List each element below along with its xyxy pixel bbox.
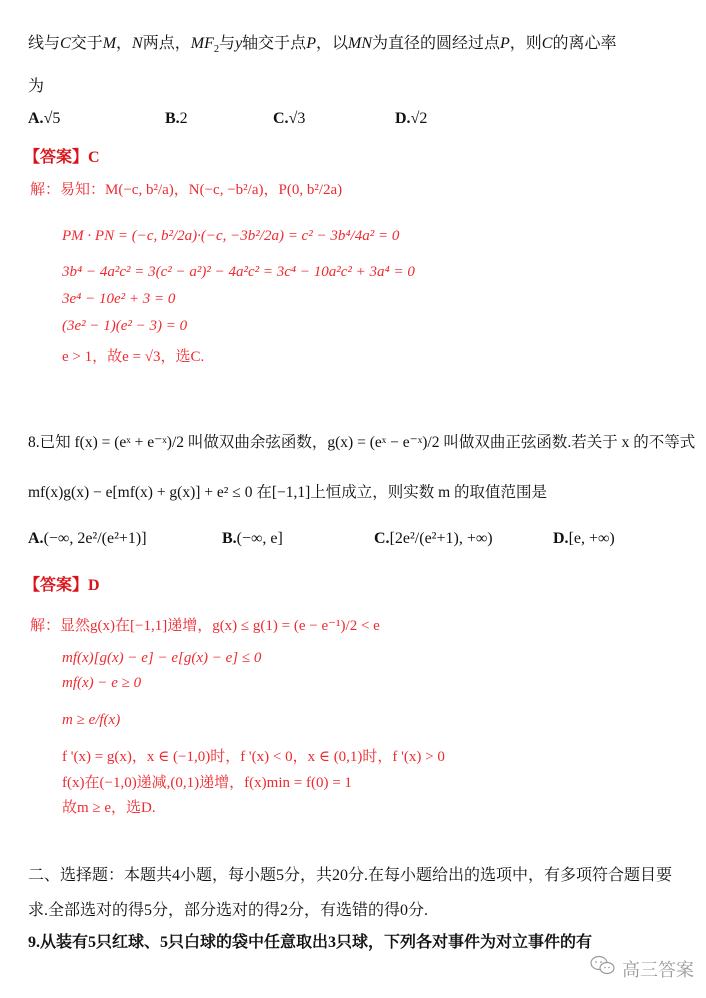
q8-solution-line-3: mf(x) − e ≥ 0 — [62, 675, 141, 692]
q7-option-a: A.√5 — [28, 110, 60, 128]
q7-option-b: B.2 — [165, 110, 188, 128]
wechat-icon — [590, 955, 616, 982]
q7-solution-line-2: PM · PN = (−c, b²/2a)·(−c, −3b²/2a) = c²… — [62, 228, 399, 245]
q7-answer: 【答案】C — [24, 144, 100, 167]
watermark: 高三答案 — [590, 955, 694, 982]
q7-stem-line1: 线与C交于M，N两点，MF2与y轴交于点P，以MN为直径的圆经过点P，则C的离心… — [28, 30, 616, 55]
q8-option-b: B.(−∞, e] — [222, 530, 283, 548]
q7-stem-line2: 为 — [28, 73, 44, 96]
q7-solution-line-5: (3e² − 1)(e² − 3) = 0 — [62, 318, 187, 335]
q8-option-a: A.(−∞, 2e²/(e²+1)] — [28, 530, 147, 548]
section2-intro-line2: 求.全部选对的得5分，部分选对的得2分，有选错的得0分. — [28, 897, 428, 920]
q8-solution-line-2: mf(x)[g(x) − e] − e[g(x) − e] ≤ 0 — [62, 650, 261, 667]
q7-solution-line-3: 3b⁴ − 4a²c² = 3(c² − a²)² − 4a²c² = 3c⁴ … — [62, 264, 415, 281]
q8-solution-line-7: 故m ≥ e，选D. — [62, 796, 156, 817]
q8-option-c: C.[2e²/(e²+1), +∞) — [374, 530, 493, 548]
q7-option-c: C.√3 — [273, 110, 305, 128]
watermark-text: 高三答案 — [622, 956, 694, 982]
q7-solution-line-4: 3e⁴ − 10e² + 3 = 0 — [62, 291, 175, 308]
q8-solution-line-4: m ≥ e/f(x) — [62, 712, 120, 729]
q7-option-d: D.√2 — [395, 110, 427, 128]
q7-solution-line-6: e > 1，故e = √3，选C. — [62, 345, 204, 366]
q9-stem: 9.从装有5只红球、5只白球的袋中任意取出3只球，下列各对事件为对立事件的有 — [28, 929, 592, 952]
q8-solution-line-6: f(x)在(−1,0)递减,(0,1)递增，f(x)min = f(0) = 1 — [62, 771, 352, 792]
section2-intro-line1: 二、选择题：本题共4小题，每小题5分，共20分.在每小题给出的选项中，有多项符合… — [28, 862, 672, 885]
q8-stem-line2: mf(x)g(x) − e[mf(x) + g(x)] + e² ≤ 0 在[−… — [28, 480, 547, 502]
q8-answer: 【答案】D — [24, 572, 100, 595]
q8-solution-line-5: f '(x) = g(x)，x ∈ (−1,0)时，f '(x) < 0，x ∈… — [62, 745, 445, 766]
q8-option-d: D.[e, +∞) — [553, 530, 615, 548]
q8-stem-line1: 8.已知 f(x) = (eˣ + e⁻ˣ)/2 叫做双曲余弦函数，g(x) =… — [28, 430, 695, 452]
q7-solution-line-1: 解：易知：M(−c, b²/a)，N(−c, −b²/a)，P(0, b²/2a… — [30, 178, 342, 199]
q8-solution-line-1: 解：显然g(x)在[−1,1]递增，g(x) ≤ g(1) = (e − e⁻¹… — [30, 614, 380, 635]
